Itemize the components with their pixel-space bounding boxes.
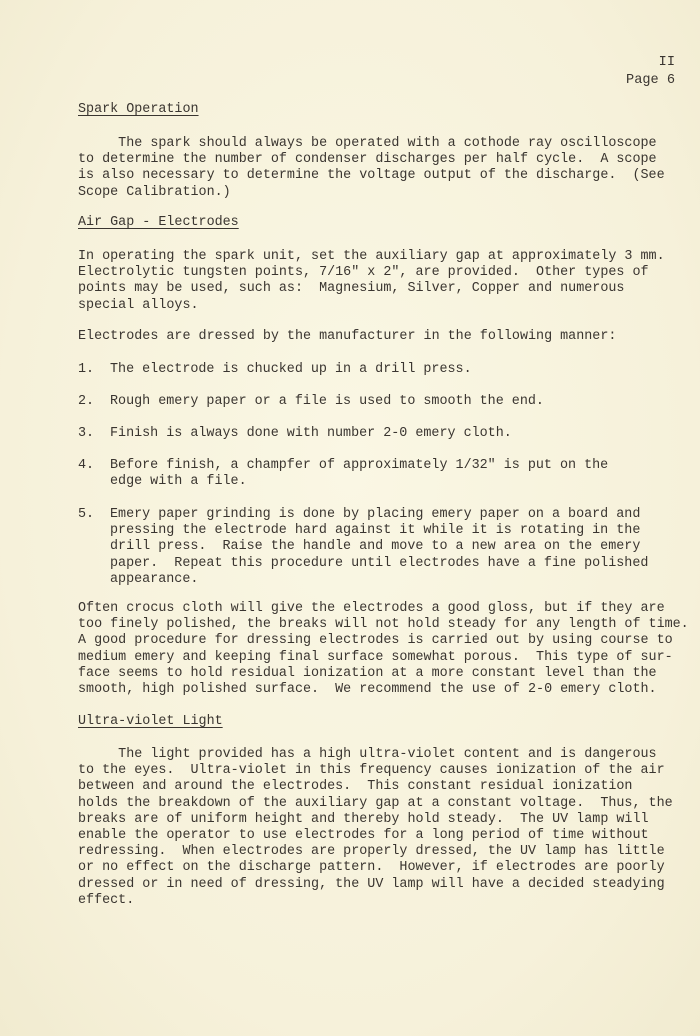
- text-line: Rough emery paper or a file is used to s…: [110, 394, 544, 410]
- text-line: special alloys.: [78, 298, 665, 314]
- text-line: or no effect on the discharge pattern. H…: [78, 860, 673, 876]
- paragraph-air-gap: In operating the spark unit, set the aux…: [78, 249, 665, 314]
- text-line: appearance.: [110, 572, 648, 588]
- text-line: Often crocus cloth will give the electro…: [78, 601, 689, 617]
- text-line: holds the breakdown of the auxiliary gap…: [78, 796, 673, 812]
- text-line: The spark should always be operated with…: [78, 136, 665, 152]
- text-line: to determine the number of condenser dis…: [78, 152, 665, 168]
- heading-air-gap-electrodes: Air Gap - Electrodes: [78, 215, 239, 231]
- page-header: II Page 6: [626, 54, 675, 90]
- list-number: 1.: [78, 362, 94, 378]
- text-line: edge with a file.: [110, 474, 608, 490]
- text-line: redressing. When electrodes are properly…: [78, 844, 673, 860]
- text-line: A good procedure for dressing electrodes…: [78, 633, 689, 649]
- text-line: enable the operator to use electrodes fo…: [78, 828, 673, 844]
- steps-intro: Electrodes are dressed by the manufactur…: [78, 329, 616, 345]
- text-line: Scope Calibration.): [78, 185, 665, 201]
- page-number: Page 6: [626, 72, 675, 90]
- text-line: points may be used, such as: Magnesium, …: [78, 281, 665, 297]
- paragraph-spark-operation: The spark should always be operated with…: [78, 136, 665, 201]
- text-line: Finish is always done with number 2-0 em…: [110, 426, 512, 442]
- section-number: II: [626, 54, 675, 72]
- text-line: The light provided has a high ultra-viol…: [78, 747, 673, 763]
- list-number: 3.: [78, 426, 94, 442]
- text-line: too finely polished, the breaks will not…: [78, 617, 689, 633]
- list-number: 4.: [78, 458, 94, 474]
- text-line: breaks are of uniform height and thereby…: [78, 812, 673, 828]
- text-line: between and around the electrodes. This …: [78, 779, 673, 795]
- text-line: to the eyes. Ultra-violet in this freque…: [78, 763, 673, 779]
- text-line: Electrodes are dressed by the manufactur…: [78, 329, 616, 345]
- text-line: is also necessary to determine the volta…: [78, 168, 665, 184]
- text-line: effect.: [78, 893, 673, 909]
- text-line: pressing the electrode hard against it w…: [110, 523, 648, 539]
- heading-spark-operation: Spark Operation: [78, 102, 199, 118]
- text-line: Emery paper grinding is done by placing …: [110, 507, 648, 523]
- list-number: 2.: [78, 394, 94, 410]
- text-line: medium emery and keeping final surface s…: [78, 650, 689, 666]
- text-line: drill press. Raise the handle and move t…: [110, 539, 648, 555]
- text-line: paper. Repeat this procedure until elect…: [110, 556, 648, 572]
- text-line: Electrolytic tungsten points, 7/16" x 2"…: [78, 265, 665, 281]
- text-line: smooth, high polished surface. We recomm…: [78, 682, 689, 698]
- text-line: The electrode is chucked up in a drill p…: [110, 362, 472, 378]
- heading-ultra-violet-light: Ultra-violet Light: [78, 714, 223, 730]
- text-line: dressed or in need of dressing, the UV l…: [78, 877, 673, 893]
- paragraph-ultra-violet: The light provided has a high ultra-viol…: [78, 747, 673, 909]
- document-page: II Page 6 Spark Operation The spark shou…: [0, 0, 700, 1036]
- paragraph-crocus-cloth: Often crocus cloth will give the electro…: [78, 601, 689, 698]
- text-line: In operating the spark unit, set the aux…: [78, 249, 665, 265]
- text-line: face seems to hold residual ionization a…: [78, 666, 689, 682]
- text-line: Before finish, a champfer of approximate…: [110, 458, 608, 474]
- list-number: 5.: [78, 507, 94, 523]
